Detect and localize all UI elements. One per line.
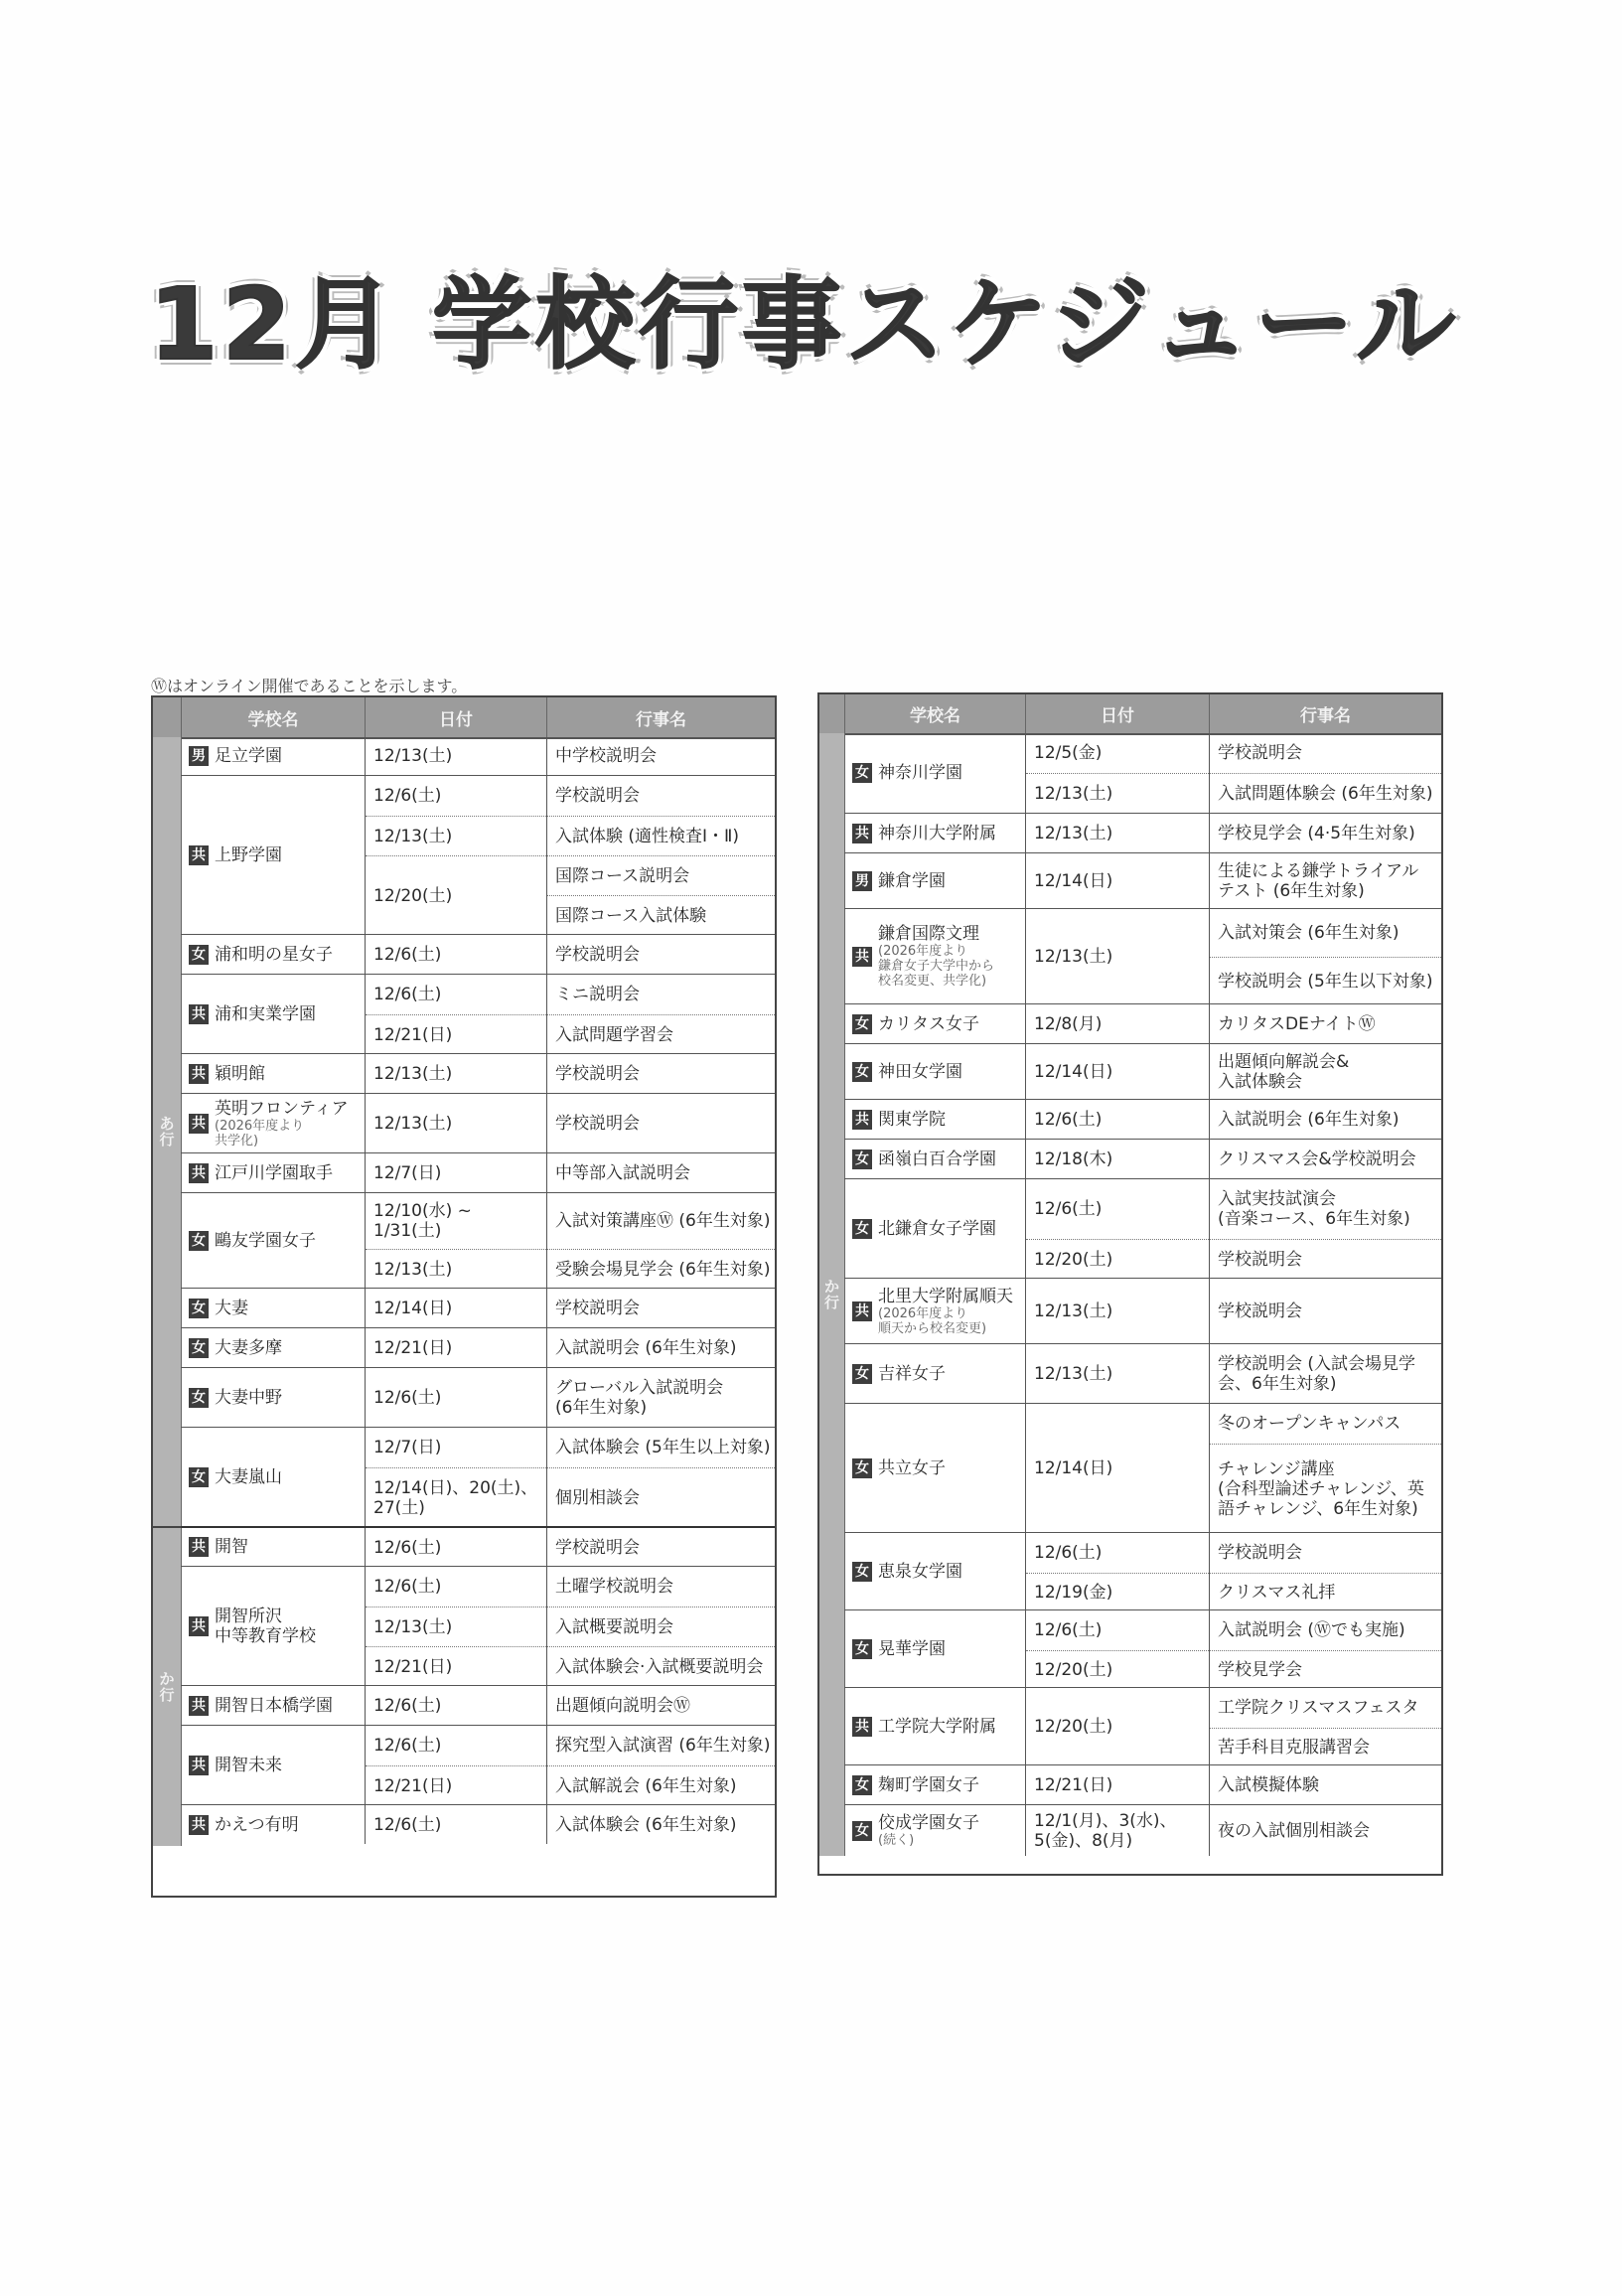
date-cell: 12/13(土) <box>365 1094 546 1152</box>
school-name: 麹町学園女子 <box>878 1775 979 1795</box>
event-entry: クリスマス会&学校説明会 <box>1210 1140 1441 1179</box>
header-event-name: 行事名 <box>1209 694 1441 733</box>
school-name: 浦和明の星女子 <box>215 945 333 965</box>
school-name: カリタス女子 <box>878 1014 979 1034</box>
school-name: 開智日本橋学園 <box>215 1696 333 1716</box>
table-row: 女カリタス女子12/8(月)カリタスDEナイトⓌ <box>844 1003 1441 1043</box>
table-row: 女函嶺白百合学園12/18(木)クリスマス会&学校説明会 <box>844 1139 1441 1178</box>
table-row: 共北里大学附属順天(2026年度より 順天から校名変更)12/13(土)学校説明… <box>844 1278 1441 1343</box>
school-cell[interactable]: 女函嶺白百合学園 <box>844 1140 1025 1178</box>
table-row: 男足立学園12/13(土)中学校説明会 <box>181 737 775 775</box>
event-entry: 生徒による鎌学トライアル テスト (6年生対象) <box>1210 853 1441 909</box>
school-name: 関東学院 <box>878 1110 946 1130</box>
school-cell[interactable]: 女大妻嵐山 <box>181 1428 365 1526</box>
date-entry: 12/14(日) <box>1026 853 1209 909</box>
school-name: 工学院大学附属 <box>878 1717 996 1737</box>
event-cell: 出題傾向解説会& 入試体験会 <box>1209 1044 1441 1099</box>
event-entry: ミニ説明会 <box>547 975 775 1014</box>
school-cell[interactable]: 女晃華学園 <box>844 1610 1025 1687</box>
date-entry: 12/21(日) <box>366 1014 546 1054</box>
event-cell: ミニ説明会入試問題学習会 <box>546 975 775 1053</box>
badge-girls-icon: 女 <box>189 1388 209 1408</box>
event-entry: 学校説明会 <box>547 776 775 816</box>
school-name-block: 英明フロンティア(2026年度より 共学化) <box>215 1099 349 1148</box>
school-name: 佼成学園女子 <box>878 1813 979 1833</box>
school-name-block: 鎌倉学園 <box>878 871 946 891</box>
date-cell: 12/6(土) <box>365 1368 546 1427</box>
date-entry: 12/6(土) <box>366 975 546 1014</box>
school-name-block: 佼成学園女子(続く) <box>878 1813 979 1848</box>
event-cell: 入試説明会 (6年生対象) <box>546 1328 775 1367</box>
event-entry: 入試概要説明会 <box>547 1607 775 1646</box>
date-cell: 12/18(木) <box>1025 1140 1209 1178</box>
school-name: 浦和実業学園 <box>215 1004 316 1024</box>
badge-coed-icon: 共 <box>189 1004 209 1024</box>
date-entry: 12/14(日) <box>1026 1044 1209 1100</box>
group-label: あ 行 <box>153 1116 181 1148</box>
school-name-block: 神奈川学園 <box>878 763 962 783</box>
date-entry: 12/6(土) <box>1026 1610 1209 1650</box>
school-cell[interactable]: 女神田女学園 <box>844 1044 1025 1099</box>
school-cell[interactable]: 男足立学園 <box>181 737 365 775</box>
date-cell: 12/13(土) <box>365 737 546 775</box>
school-name-block: 共立女子 <box>878 1458 946 1478</box>
date-entry: 12/13(土) <box>366 1249 546 1289</box>
event-cell: 学校見学会 (4·5年生対象) <box>1209 814 1441 852</box>
event-entry: 苦手科目克服講習会 <box>1210 1728 1441 1765</box>
date-cell: 12/6(土) <box>365 1805 546 1844</box>
badge-coed-icon: 共 <box>852 1301 872 1321</box>
school-name-block: 開智 <box>215 1537 248 1557</box>
badge-girls-icon: 女 <box>852 1062 872 1082</box>
group-gutter: か 行 <box>819 733 845 1856</box>
date-entry: 12/6(土) <box>366 1528 546 1568</box>
event-cell: 学校説明会 <box>546 1528 775 1566</box>
date-entry: 12/14(日)、20(土)、 27(土) <box>366 1467 546 1527</box>
date-cell: 12/21(日) <box>1025 1765 1209 1804</box>
event-cell: 入試説明会 (Ⓦでも実施)学校見学会 <box>1209 1610 1441 1687</box>
school-name: 大妻 <box>215 1299 248 1318</box>
school-name-block: 浦和実業学園 <box>215 1004 316 1024</box>
badge-girls-icon: 女 <box>189 945 209 965</box>
school-cell[interactable]: 女大妻中野 <box>181 1368 365 1427</box>
header-school-name: 学校名 <box>181 697 365 737</box>
date-entry: 12/13(土) <box>366 816 546 855</box>
date-cell: 12/6(土) <box>365 935 546 974</box>
school-cell[interactable]: 女佼成学園女子(続く) <box>844 1805 1025 1856</box>
school-name: 恵泉女学園 <box>878 1562 962 1582</box>
badge-girls-icon: 女 <box>852 1219 872 1239</box>
school-name-block: 神奈川大学附属 <box>878 824 996 843</box>
event-entry: 入試解説会 (6年生対象) <box>547 1765 775 1805</box>
table-row: 女大妻多摩12/21(日)入試説明会 (6年生対象) <box>181 1327 775 1367</box>
date-entry: 12/21(日) <box>366 1646 546 1686</box>
date-cell: 12/6(土) <box>365 1686 546 1725</box>
school-cell[interactable]: 共浦和実業学園 <box>181 975 365 1053</box>
date-entry: 12/10(水) ~ 1/31(土) <box>366 1193 546 1249</box>
event-cell: 入試体験会 (6年生対象) <box>546 1805 775 1844</box>
school-name-block: 神田女学園 <box>878 1062 962 1082</box>
badge-coed-icon: 共 <box>189 1163 209 1183</box>
school-cell[interactable]: 共鎌倉国際文理(2026年度より 鎌倉女子大学中から 校名変更、共学化) <box>844 909 1025 1003</box>
school-name: 穎明館 <box>215 1064 265 1084</box>
date-entry: 12/6(土) <box>1026 1100 1209 1140</box>
event-entry: 入試問題体験会 (6年生対象) <box>1210 773 1441 813</box>
date-entry: 12/7(日) <box>366 1153 546 1193</box>
event-entry: 学校説明会 <box>547 935 775 975</box>
online-legend-note: Ⓦはオンライン開催であることを示します。 <box>151 674 467 696</box>
event-cell: 学校説明会 <box>546 1054 775 1093</box>
school-name: 大妻嵐山 <box>215 1467 282 1487</box>
school-name-block: 関東学院 <box>878 1110 946 1130</box>
badge-girls-icon: 女 <box>852 1458 872 1478</box>
event-entry: 冬のオープンキャンパス <box>1210 1404 1441 1444</box>
school-name: かえつ有明 <box>215 1815 299 1835</box>
school-name: 開智 <box>215 1537 248 1557</box>
school-name-block: 開智未来 <box>215 1756 282 1775</box>
badge-girls-icon: 女 <box>189 1231 209 1251</box>
school-name-block: 函嶺白百合学園 <box>878 1149 996 1169</box>
badge-coed-icon: 共 <box>189 1114 209 1134</box>
table-row: 女浦和明の星女子12/6(土)学校説明会 <box>181 934 775 974</box>
date-entry: 12/13(土) <box>366 1094 546 1153</box>
school-name-block: 鎌倉国際文理(2026年度より 鎌倉女子大学中から 校名変更、共学化) <box>878 924 994 989</box>
date-entry: 12/13(土) <box>366 737 546 775</box>
school-name-block: 大妻嵐山 <box>215 1467 282 1487</box>
school-cell[interactable]: 女麹町学園女子 <box>844 1765 1025 1804</box>
date-entry: 12/7(日) <box>366 1428 546 1467</box>
school-name: 神奈川大学附属 <box>878 824 996 843</box>
event-entry: 入試体験会 (5年生以上対象) <box>547 1428 775 1467</box>
event-entry: 中学校説明会 <box>547 737 775 775</box>
school-name: 江戸川学園取手 <box>215 1163 333 1183</box>
school-cell[interactable]: 共英明フロンティア(2026年度より 共学化) <box>181 1094 365 1152</box>
table-row: 男鎌倉学園12/14(日)生徒による鎌学トライアル テスト (6年生対象) <box>844 852 1441 908</box>
table-row: 共関東学院12/6(土)入試説明会 (6年生対象) <box>844 1099 1441 1139</box>
table-header: 学校名日付行事名 <box>153 697 775 739</box>
table-row: 女麹町学園女子12/21(日)入試模擬体験 <box>844 1764 1441 1804</box>
badge-girls-icon: 女 <box>852 1149 872 1169</box>
date-cell: 12/6(土)12/20(土) <box>1025 1179 1209 1278</box>
badge-boys-icon: 男 <box>189 746 209 766</box>
badge-girls-icon: 女 <box>852 1364 872 1384</box>
date-entry: 12/21(日) <box>366 1328 546 1368</box>
event-entry: 学校説明会 <box>547 1094 775 1153</box>
school-cell[interactable]: 共神奈川大学附属 <box>844 814 1025 852</box>
table-row: 共開智所沢 中等教育学校12/6(土)12/13(土)12/21(日)土曜学校説… <box>181 1566 775 1685</box>
event-entry: 土曜学校説明会 <box>547 1567 775 1607</box>
event-cell: 入試体験会 (5年生以上対象)個別相談会 <box>546 1428 775 1526</box>
event-entry: 入試体験会 (6年生対象) <box>547 1805 775 1845</box>
event-entry: 工学院クリスマスフェスタ <box>1210 1688 1441 1728</box>
school-name-block: カリタス女子 <box>878 1014 979 1034</box>
school-cell[interactable]: 女大妻 <box>181 1289 365 1327</box>
date-entry: 12/1(月)、3(水)、 5(金)、8(月) <box>1026 1805 1209 1857</box>
school-name: 神奈川学園 <box>878 763 962 783</box>
school-name-block: 晃華学園 <box>878 1639 946 1659</box>
event-entry: 学校説明会 <box>1210 1533 1441 1573</box>
date-entry: 12/21(日) <box>366 1765 546 1805</box>
event-cell: 入試模擬体験 <box>1209 1765 1441 1804</box>
table-row: 女晃華学園12/6(土)12/20(土)入試説明会 (Ⓦでも実施)学校見学会 <box>844 1609 1441 1687</box>
table-row: 共工学院大学附属12/20(土)工学院クリスマスフェスタ苦手科目克服講習会 <box>844 1687 1441 1764</box>
date-cell: 12/6(土)12/13(土)12/21(日) <box>365 1567 546 1685</box>
school-name-block: 開智日本橋学園 <box>215 1696 333 1716</box>
school-cell[interactable]: 女共立女子 <box>844 1404 1025 1532</box>
header-date: 日付 <box>1025 694 1209 733</box>
table-row: 女北鎌倉女子学園12/6(土)12/20(土)入試実技試演会 (音楽コース、6年… <box>844 1178 1441 1278</box>
event-cell: 生徒による鎌学トライアル テスト (6年生対象) <box>1209 853 1441 908</box>
school-cell[interactable]: 女浦和明の星女子 <box>181 935 365 974</box>
event-cell: 工学院クリスマスフェスタ苦手科目克服講習会 <box>1209 1688 1441 1764</box>
event-entry: 個別相談会 <box>547 1467 775 1527</box>
event-cell: 学校説明会入試体験 (適性検査Ⅰ・Ⅱ)国際コース説明会国際コース入試体験 <box>546 776 775 934</box>
event-entry: 学校説明会 (5年生以下対象) <box>1210 957 1441 1004</box>
school-name-block: 恵泉女学園 <box>878 1562 962 1582</box>
school-name: 北里大学附属順天 <box>878 1287 1013 1306</box>
school-name-block: 江戸川学園取手 <box>215 1163 333 1183</box>
badge-coed-icon: 共 <box>189 1696 209 1716</box>
badge-girls-icon: 女 <box>852 763 872 783</box>
event-entry: 学校見学会 (4·5年生対象) <box>1210 814 1441 853</box>
date-entry: 12/14(日) <box>1026 1404 1209 1533</box>
date-entry: 12/13(土) <box>1026 814 1209 853</box>
date-cell: 12/20(土) <box>1025 1688 1209 1764</box>
header-gutter <box>153 697 181 737</box>
school-cell[interactable]: 共かえつ有明 <box>181 1805 365 1844</box>
date-cell: 12/13(土) <box>1025 814 1209 852</box>
table-row: 共穎明館12/13(土)学校説明会 <box>181 1053 775 1093</box>
table-row: 共江戸川学園取手12/7(日)中等部入試説明会 <box>181 1152 775 1192</box>
date-entry: 12/21(日) <box>1026 1765 1209 1805</box>
event-cell: 学校説明会 <box>546 935 775 974</box>
badge-girls-icon: 女 <box>852 1562 872 1582</box>
badge-coed-icon: 共 <box>189 1616 209 1636</box>
group-label: か 行 <box>153 1671 181 1703</box>
school-cell[interactable]: 共開智所沢 中等教育学校 <box>181 1567 365 1685</box>
date-entry: 12/20(土) <box>1026 1239 1209 1279</box>
date-entry: 12/6(土) <box>366 935 546 975</box>
school-note: (2026年度より 共学化) <box>215 1119 349 1148</box>
date-cell: 12/14(日) <box>1025 1404 1209 1532</box>
date-entry: 12/18(木) <box>1026 1140 1209 1179</box>
event-cell: クリスマス会&学校説明会 <box>1209 1140 1441 1178</box>
group-gutter: か 行 <box>153 1526 182 1846</box>
event-entry: 探究型入試演習 (6年生対象) <box>547 1726 775 1765</box>
table-row: 共開智12/6(土)学校説明会 <box>181 1526 775 1566</box>
school-cell[interactable]: 共北里大学附属順天(2026年度より 順天から校名変更) <box>844 1279 1025 1343</box>
event-entry: 学校説明会 <box>1210 1279 1441 1344</box>
table-row: 女鷗友学園女子12/10(水) ~ 1/31(土)12/13(土)入試対策講座Ⓦ… <box>181 1192 775 1288</box>
schedule-table-right: 学校名日付行事名か 行女神奈川学園12/5(金)12/13(土)学校説明会入試問… <box>817 692 1443 1876</box>
event-entry: 学校説明会 <box>1210 1239 1441 1279</box>
event-entry: 入試体験 (適性検査Ⅰ・Ⅱ) <box>547 816 775 855</box>
date-entry: 12/20(土) <box>1026 1688 1209 1765</box>
table-row: 共鎌倉国際文理(2026年度より 鎌倉女子大学中から 校名変更、共学化)12/1… <box>844 908 1441 1003</box>
school-cell[interactable]: 女鷗友学園女子 <box>181 1193 365 1288</box>
table-row: 女吉祥女子12/13(土)学校説明会 (入試会場見学 会、6年生対象) <box>844 1343 1441 1403</box>
badge-coed-icon: 共 <box>852 947 872 967</box>
school-name-block: 大妻 <box>215 1299 248 1318</box>
group-gutter: あ 行 <box>153 737 182 1526</box>
school-cell[interactable]: 女カリタス女子 <box>844 1004 1025 1043</box>
schedule-table-left: 学校名日付行事名あ 行か 行男足立学園12/13(土)中学校説明会共上野学園12… <box>151 695 777 1898</box>
school-cell[interactable]: 女北鎌倉女子学園 <box>844 1179 1025 1278</box>
header-date: 日付 <box>365 697 546 737</box>
badge-coed-icon: 共 <box>852 1717 872 1737</box>
date-entry: 12/13(土) <box>1026 773 1209 813</box>
date-cell: 12/13(土) <box>1025 1279 1209 1343</box>
date-cell: 12/6(土)12/13(土)12/20(土) <box>365 776 546 934</box>
date-cell: 12/13(土) <box>1025 909 1209 1003</box>
event-entry: 入試説明会 (6年生対象) <box>547 1328 775 1368</box>
school-name: 開智所沢 中等教育学校 <box>215 1607 316 1646</box>
school-cell[interactable]: 共工学院大学附属 <box>844 1688 1025 1764</box>
school-name-block: 足立学園 <box>215 746 282 766</box>
school-cell[interactable]: 共関東学院 <box>844 1100 1025 1139</box>
school-name-block: 大妻中野 <box>215 1388 282 1408</box>
event-entry: 入試対策講座Ⓦ (6年生対象) <box>547 1193 775 1249</box>
date-cell: 12/13(土) <box>365 1054 546 1093</box>
event-entry: 学校見学会 <box>1210 1650 1441 1688</box>
school-name: 鎌倉学園 <box>878 871 946 891</box>
school-name: 函嶺白百合学園 <box>878 1149 996 1169</box>
school-cell[interactable]: 女神奈川学園 <box>844 733 1025 813</box>
event-entry: 入試説明会 (6年生対象) <box>1210 1100 1441 1140</box>
table-row: 共かえつ有明12/6(土)入試体験会 (6年生対象) <box>181 1804 775 1844</box>
date-cell: 12/21(日) <box>365 1328 546 1367</box>
badge-coed-icon: 共 <box>189 845 209 865</box>
header-event-name: 行事名 <box>546 697 775 737</box>
school-note: (2026年度より 鎌倉女子大学中から 校名変更、共学化) <box>878 944 994 989</box>
date-cell: 12/6(土)12/21(日) <box>365 975 546 1053</box>
date-entry: 12/13(土) <box>366 1054 546 1094</box>
date-cell: 12/6(土)12/19(金) <box>1025 1533 1209 1609</box>
school-name-block: 開智所沢 中等教育学校 <box>215 1607 316 1646</box>
school-cell[interactable]: 女吉祥女子 <box>844 1344 1025 1403</box>
date-entry: 12/6(土) <box>366 1805 546 1845</box>
event-cell: 入試実技試演会 (音楽コース、6年生対象)学校説明会 <box>1209 1179 1441 1278</box>
table-row: 共上野学園12/6(土)12/13(土)12/20(土)学校説明会入試体験 (適… <box>181 775 775 934</box>
table-row: 共神奈川大学附属12/13(土)学校見学会 (4·5年生対象) <box>844 813 1441 852</box>
date-cell: 12/13(土) <box>1025 1344 1209 1403</box>
date-entry: 12/8(月) <box>1026 1004 1209 1044</box>
event-cell: 学校説明会 <box>1209 1279 1441 1343</box>
date-entry: 12/6(土) <box>1026 1533 1209 1573</box>
event-entry: 出題傾向説明会Ⓦ <box>547 1686 775 1726</box>
page-title: 12月学校行事スケジュール <box>149 260 1500 389</box>
date-cell: 12/14(日) <box>1025 1044 1209 1099</box>
event-entry: 学校説明会 (入試会場見学 会、6年生対象) <box>1210 1344 1441 1404</box>
event-entry: 中等部入試説明会 <box>547 1153 775 1193</box>
event-cell: カリタスDEナイトⓌ <box>1209 1004 1441 1043</box>
table-row: 女佼成学園女子(続く)12/1(月)、3(水)、 5(金)、8(月)夜の入試個別… <box>844 1804 1441 1856</box>
school-name: 開智未来 <box>215 1756 282 1775</box>
table-row: 女共立女子12/14(日)冬のオープンキャンパスチャレンジ講座 (合科型論述チャ… <box>844 1403 1441 1532</box>
date-entry: 12/13(土) <box>1026 1344 1209 1404</box>
event-entry: 入試実技試演会 (音楽コース、6年生対象) <box>1210 1179 1441 1239</box>
title-text: 学校行事スケジュール <box>432 266 1459 383</box>
school-cell[interactable]: 共開智 <box>181 1528 365 1566</box>
event-entry: 入試説明会 (Ⓦでも実施) <box>1210 1610 1441 1650</box>
school-name-block: 北里大学附属順天(2026年度より 順天から校名変更) <box>878 1287 1013 1336</box>
event-cell: 学校説明会 <box>546 1094 775 1152</box>
school-cell[interactable]: 共開智日本橋学園 <box>181 1686 365 1725</box>
school-name-block: 鷗友学園女子 <box>215 1231 316 1251</box>
date-cell: 12/6(土) <box>1025 1100 1209 1139</box>
table-row: 共開智未来12/6(土)12/21(日)探究型入試演習 (6年生対象)入試解説会… <box>181 1725 775 1804</box>
school-note: (2026年度より 順天から校名変更) <box>878 1306 1013 1336</box>
school-cell[interactable]: 女恵泉女学園 <box>844 1533 1025 1609</box>
school-cell[interactable]: 女大妻多摩 <box>181 1328 365 1367</box>
date-cell: 12/14(日) <box>1025 853 1209 908</box>
badge-coed-icon: 共 <box>852 1110 872 1130</box>
date-entry: 12/13(土) <box>366 1607 546 1646</box>
event-entry: 受験会場見学会 (6年生対象) <box>547 1249 775 1289</box>
date-cell: 12/5(金)12/13(土) <box>1025 733 1209 813</box>
school-name-block: 上野学園 <box>215 845 282 865</box>
event-entry: 出題傾向解説会& 入試体験会 <box>1210 1044 1441 1100</box>
event-cell: 入試対策会 (6年生対象)学校説明会 (5年生以下対象) <box>1209 909 1441 1003</box>
header-school-name: 学校名 <box>844 694 1025 733</box>
date-cell: 12/7(日)12/14(日)、20(土)、 27(土) <box>365 1428 546 1526</box>
event-cell: 土曜学校説明会入試概要説明会入試体験会·入試概要説明会 <box>546 1567 775 1685</box>
event-entry: 入試模擬体験 <box>1210 1765 1441 1805</box>
date-cell: 12/6(土) <box>365 1528 546 1566</box>
badge-girls-icon: 女 <box>852 1775 872 1795</box>
table-row: 女神奈川学園12/5(金)12/13(土)学校説明会入試問題体験会 (6年生対象… <box>844 733 1441 813</box>
date-entry: 12/19(金) <box>1026 1573 1209 1610</box>
school-cell[interactable]: 共上野学園 <box>181 776 365 934</box>
group-label: か 行 <box>819 1279 844 1310</box>
date-cell: 12/6(土)12/20(土) <box>1025 1610 1209 1687</box>
date-cell: 12/7(日) <box>365 1153 546 1192</box>
event-cell: 探究型入試演習 (6年生対象)入試解説会 (6年生対象) <box>546 1726 775 1804</box>
event-entry: 入試対策会 (6年生対象) <box>1210 909 1441 957</box>
school-cell[interactable]: 共開智未来 <box>181 1726 365 1804</box>
header-gutter <box>819 694 844 733</box>
school-name-block: 浦和明の星女子 <box>215 945 333 965</box>
table-row: 女恵泉女学園12/6(土)12/19(金)学校説明会クリスマス礼拝 <box>844 1532 1441 1609</box>
event-cell: グローバル入試説明会 (6年生対象) <box>546 1368 775 1427</box>
school-name-block: 吉祥女子 <box>878 1364 946 1384</box>
event-entry: 学校説明会 <box>1210 733 1441 773</box>
event-cell: 中等部入試説明会 <box>546 1153 775 1192</box>
date-cell: 12/8(月) <box>1025 1004 1209 1043</box>
school-cell[interactable]: 男鎌倉学園 <box>844 853 1025 908</box>
event-cell: 出題傾向説明会Ⓦ <box>546 1686 775 1725</box>
badge-girls-icon: 女 <box>852 1821 872 1841</box>
event-cell: 学校説明会クリスマス礼拝 <box>1209 1533 1441 1609</box>
date-entry: 12/6(土) <box>366 776 546 816</box>
school-name: 鷗友学園女子 <box>215 1231 316 1251</box>
title-month: 12月 <box>149 266 398 383</box>
event-entry: カリタスDEナイトⓌ <box>1210 1004 1441 1044</box>
badge-girls-icon: 女 <box>189 1467 209 1487</box>
table-row: 女大妻中野12/6(土)グローバル入試説明会 (6年生対象) <box>181 1367 775 1427</box>
school-cell[interactable]: 共江戸川学園取手 <box>181 1153 365 1192</box>
event-entry: クリスマス礼拝 <box>1210 1573 1441 1610</box>
event-cell: 学校説明会 <box>546 1289 775 1327</box>
badge-coed-icon: 共 <box>189 1756 209 1775</box>
school-name: 北鎌倉女子学園 <box>878 1219 996 1239</box>
school-name: 大妻中野 <box>215 1388 282 1408</box>
school-cell[interactable]: 共穎明館 <box>181 1054 365 1093</box>
badge-girls-icon: 女 <box>189 1299 209 1318</box>
event-entry: 入試体験会·入試概要説明会 <box>547 1646 775 1686</box>
table-row: 共浦和実業学園12/6(土)12/21(日)ミニ説明会入試問題学習会 <box>181 974 775 1053</box>
badge-boys-icon: 男 <box>852 871 872 891</box>
